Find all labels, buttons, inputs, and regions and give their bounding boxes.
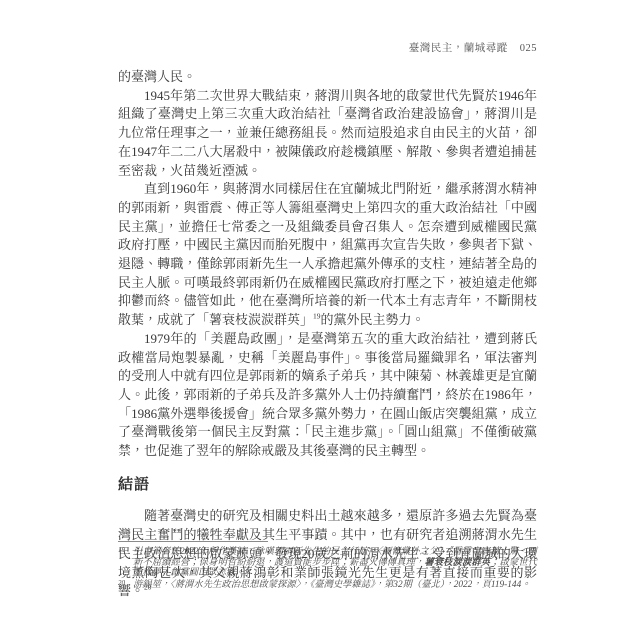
footnote-19: 19引自筆者於2022年所作漢詩，詠嘆郭雨新先生的民主行誼。〈緬懷黨外之父〉「雷… [118, 547, 537, 579]
footnote-area: 19引自筆者於2022年所作漢詩，詠嘆郭雨新先生的民主行誼。〈緬懷黨外之父〉「雷… [118, 541, 537, 591]
footnote-ref-19: 19 [313, 312, 321, 321]
paragraph-continuation: 的臺灣人民。 [118, 68, 537, 87]
paragraph-text: 的黨外民主勢力。 [321, 312, 425, 327]
footnote-20: 20游錫堃，〈蔣渭水先生政治思想啟蒙探源〉，《臺灣史學雜誌》，第32期（臺北），… [118, 580, 537, 591]
footnote-number: 19 [118, 545, 125, 556]
footnote-text-bold: 薯衰枝湠湠群英 [424, 558, 490, 568]
paragraph-1945: 1945年第二次世界大戰結束，蔣渭川與各地的啟蒙世代先賢於1946年組織了臺灣史… [118, 87, 537, 181]
paragraph-1979: 1979年的「美麗島政團」，是臺灣第五次的重大政治結社，遭到蔣氏政權當局炮製暴亂… [118, 330, 537, 461]
paragraph-text: 1945年第二次世界大戰結束，蔣渭川與各地的啟蒙世代先賢於1946年組織了臺灣史… [118, 88, 537, 178]
body-text: 的臺灣人民。 1945年第二次世界大戰結束，蔣渭川與各地的啟蒙世代先賢於1946… [118, 68, 537, 601]
paragraph-text: 直到1960年，與蔣渭水同樣居住在宜蘭城北門附近，繼承蔣渭水精神的郭雨新，與雷震… [118, 181, 537, 327]
footnote-number: 20 [118, 578, 125, 589]
paragraph-text: 的臺灣人民。 [118, 69, 196, 84]
section-heading-conclusion: 結語 [118, 476, 537, 495]
book-page: 臺灣民主，蘭城尋蹤 025 的臺灣人民。 1945年第二次世界大戰結束，蔣渭川與… [0, 0, 640, 640]
footnote-divider [118, 541, 268, 542]
running-head: 臺灣民主，蘭城尋蹤 025 [118, 40, 537, 54]
running-title: 臺灣民主，蘭城尋蹤 [409, 40, 508, 55]
page-number: 025 [520, 43, 537, 54]
footnote-text: 游錫堃，〈蔣渭水先生政治思想啟蒙探源〉，《臺灣史學雜誌》，第32期（臺北），20… [133, 580, 531, 590]
paragraph-1960: 直到1960年，與蔣渭水同樣居住在宜蘭城北門附近，繼承蔣渭水精神的郭雨新，與雷震… [118, 180, 537, 330]
paragraph-text: 1979年的「美麗島政團」，是臺灣第五次的重大政治結社，遭到蔣氏政權當局炮製暴亂… [118, 331, 537, 458]
